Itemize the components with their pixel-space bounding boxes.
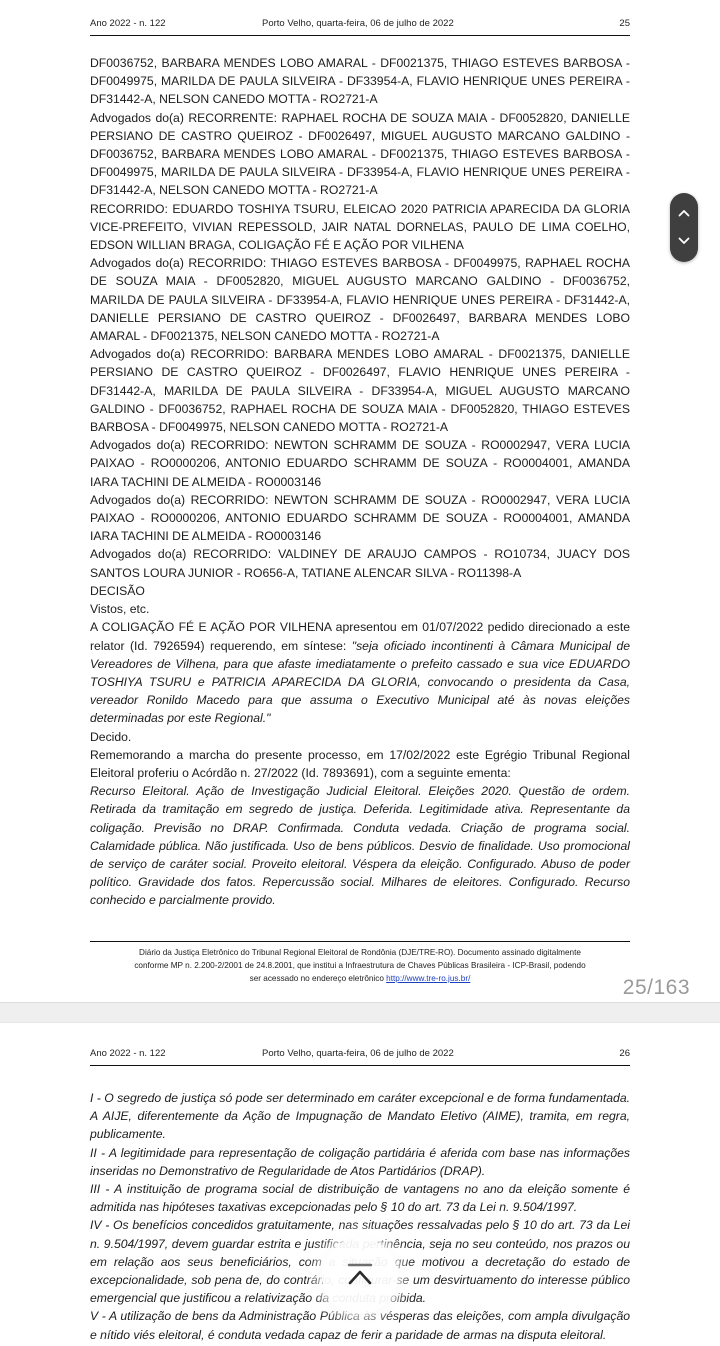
party-paragraph: Advogados do(a) RECORRIDO: THIAGO ESTEVE… <box>90 254 630 345</box>
edition-label: Ano 2022 - n. 122 <box>90 18 166 29</box>
page-footer: Diário da Justiça Eletrônico do Tribunal… <box>90 941 630 985</box>
edition-label: Ano 2022 - n. 122 <box>90 1048 166 1059</box>
page-counter: 25/163 <box>623 976 690 1000</box>
scroll-to-top-icon <box>345 1262 375 1291</box>
footer-line: ser acessado no endereço eletrônico http… <box>90 972 630 985</box>
tre-ro-link[interactable]: http://www.tre-ro.jus.br/ <box>386 974 470 983</box>
ementa-item: I - O segredo de justiça só pode ser det… <box>90 1089 630 1144</box>
page-body: DF0036752, BARBARA MENDES LOBO AMARAL - … <box>90 54 630 910</box>
footer-line: Diário da Justiça Eletrônico do Tribunal… <box>90 946 630 959</box>
page-running-header: Ano 2022 - n. 122 Porto Velho, quarta-fe… <box>90 1045 630 1066</box>
scroll-to-top-button[interactable] <box>322 1238 398 1314</box>
party-paragraph: RECORRIDO: EDUARDO TOSHIYA TSURU, ELEICA… <box>90 200 630 255</box>
section-heading-decisao: DECISÃO <box>90 582 630 600</box>
party-paragraph: Advogados do(a) RECORRIDO: NEWTON SCHRAM… <box>90 436 630 491</box>
page-separator <box>0 1002 720 1023</box>
ementa-item: II - A legitimidade para representação d… <box>90 1144 630 1180</box>
page-number-label: 25 <box>619 18 630 29</box>
scroll-up-button[interactable] <box>670 198 698 228</box>
vistos-paragraph: Vistos, etc. <box>90 600 630 618</box>
recap-paragraph: Rememorando a marcha do presente process… <box>90 746 630 782</box>
party-paragraph: Advogados do(a) RECORRIDO: BARBARA MENDE… <box>90 345 630 436</box>
party-paragraph: Advogados do(a) RECORRIDO: VALDINEY DE A… <box>90 545 630 581</box>
page-number-label: 26 <box>619 1048 630 1059</box>
party-paragraph: Advogados do(a) RECORRENTE: RAPHAEL ROCH… <box>90 109 630 200</box>
footer-line-prefix: ser acessado no endereço eletrônico <box>250 974 387 983</box>
party-paragraph: DF0036752, BARBARA MENDES LOBO AMARAL - … <box>90 54 630 109</box>
place-date-label: Porto Velho, quarta-feira, 06 de julho d… <box>262 1048 454 1059</box>
page-running-header: Ano 2022 - n. 122 Porto Velho, quarta-fe… <box>90 15 630 36</box>
decido-paragraph: Decido. <box>90 728 630 746</box>
ementa-paragraph: Recurso Eleitoral. Ação de Investigação … <box>90 782 630 909</box>
request-paragraph: A COLIGAÇÃO FÉ E AÇÃO POR VILHENA aprese… <box>90 618 630 727</box>
place-date-label: Porto Velho, quarta-feira, 06 de julho d… <box>262 18 454 29</box>
page-scroll-control <box>670 193 698 262</box>
ementa-item: III - A instituição de programa social d… <box>90 1180 630 1216</box>
party-paragraph: Advogados do(a) RECORRIDO: NEWTON SCHRAM… <box>90 491 630 546</box>
chevron-up-icon <box>678 204 690 222</box>
footer-line: conforme MP n. 2.200-2/2001 de 24.8.2001… <box>90 959 630 972</box>
chevron-down-icon <box>678 232 690 250</box>
scroll-down-button[interactable] <box>670 226 698 256</box>
document-page-25: Ano 2022 - n. 122 Porto Velho, quarta-fe… <box>0 0 720 1002</box>
